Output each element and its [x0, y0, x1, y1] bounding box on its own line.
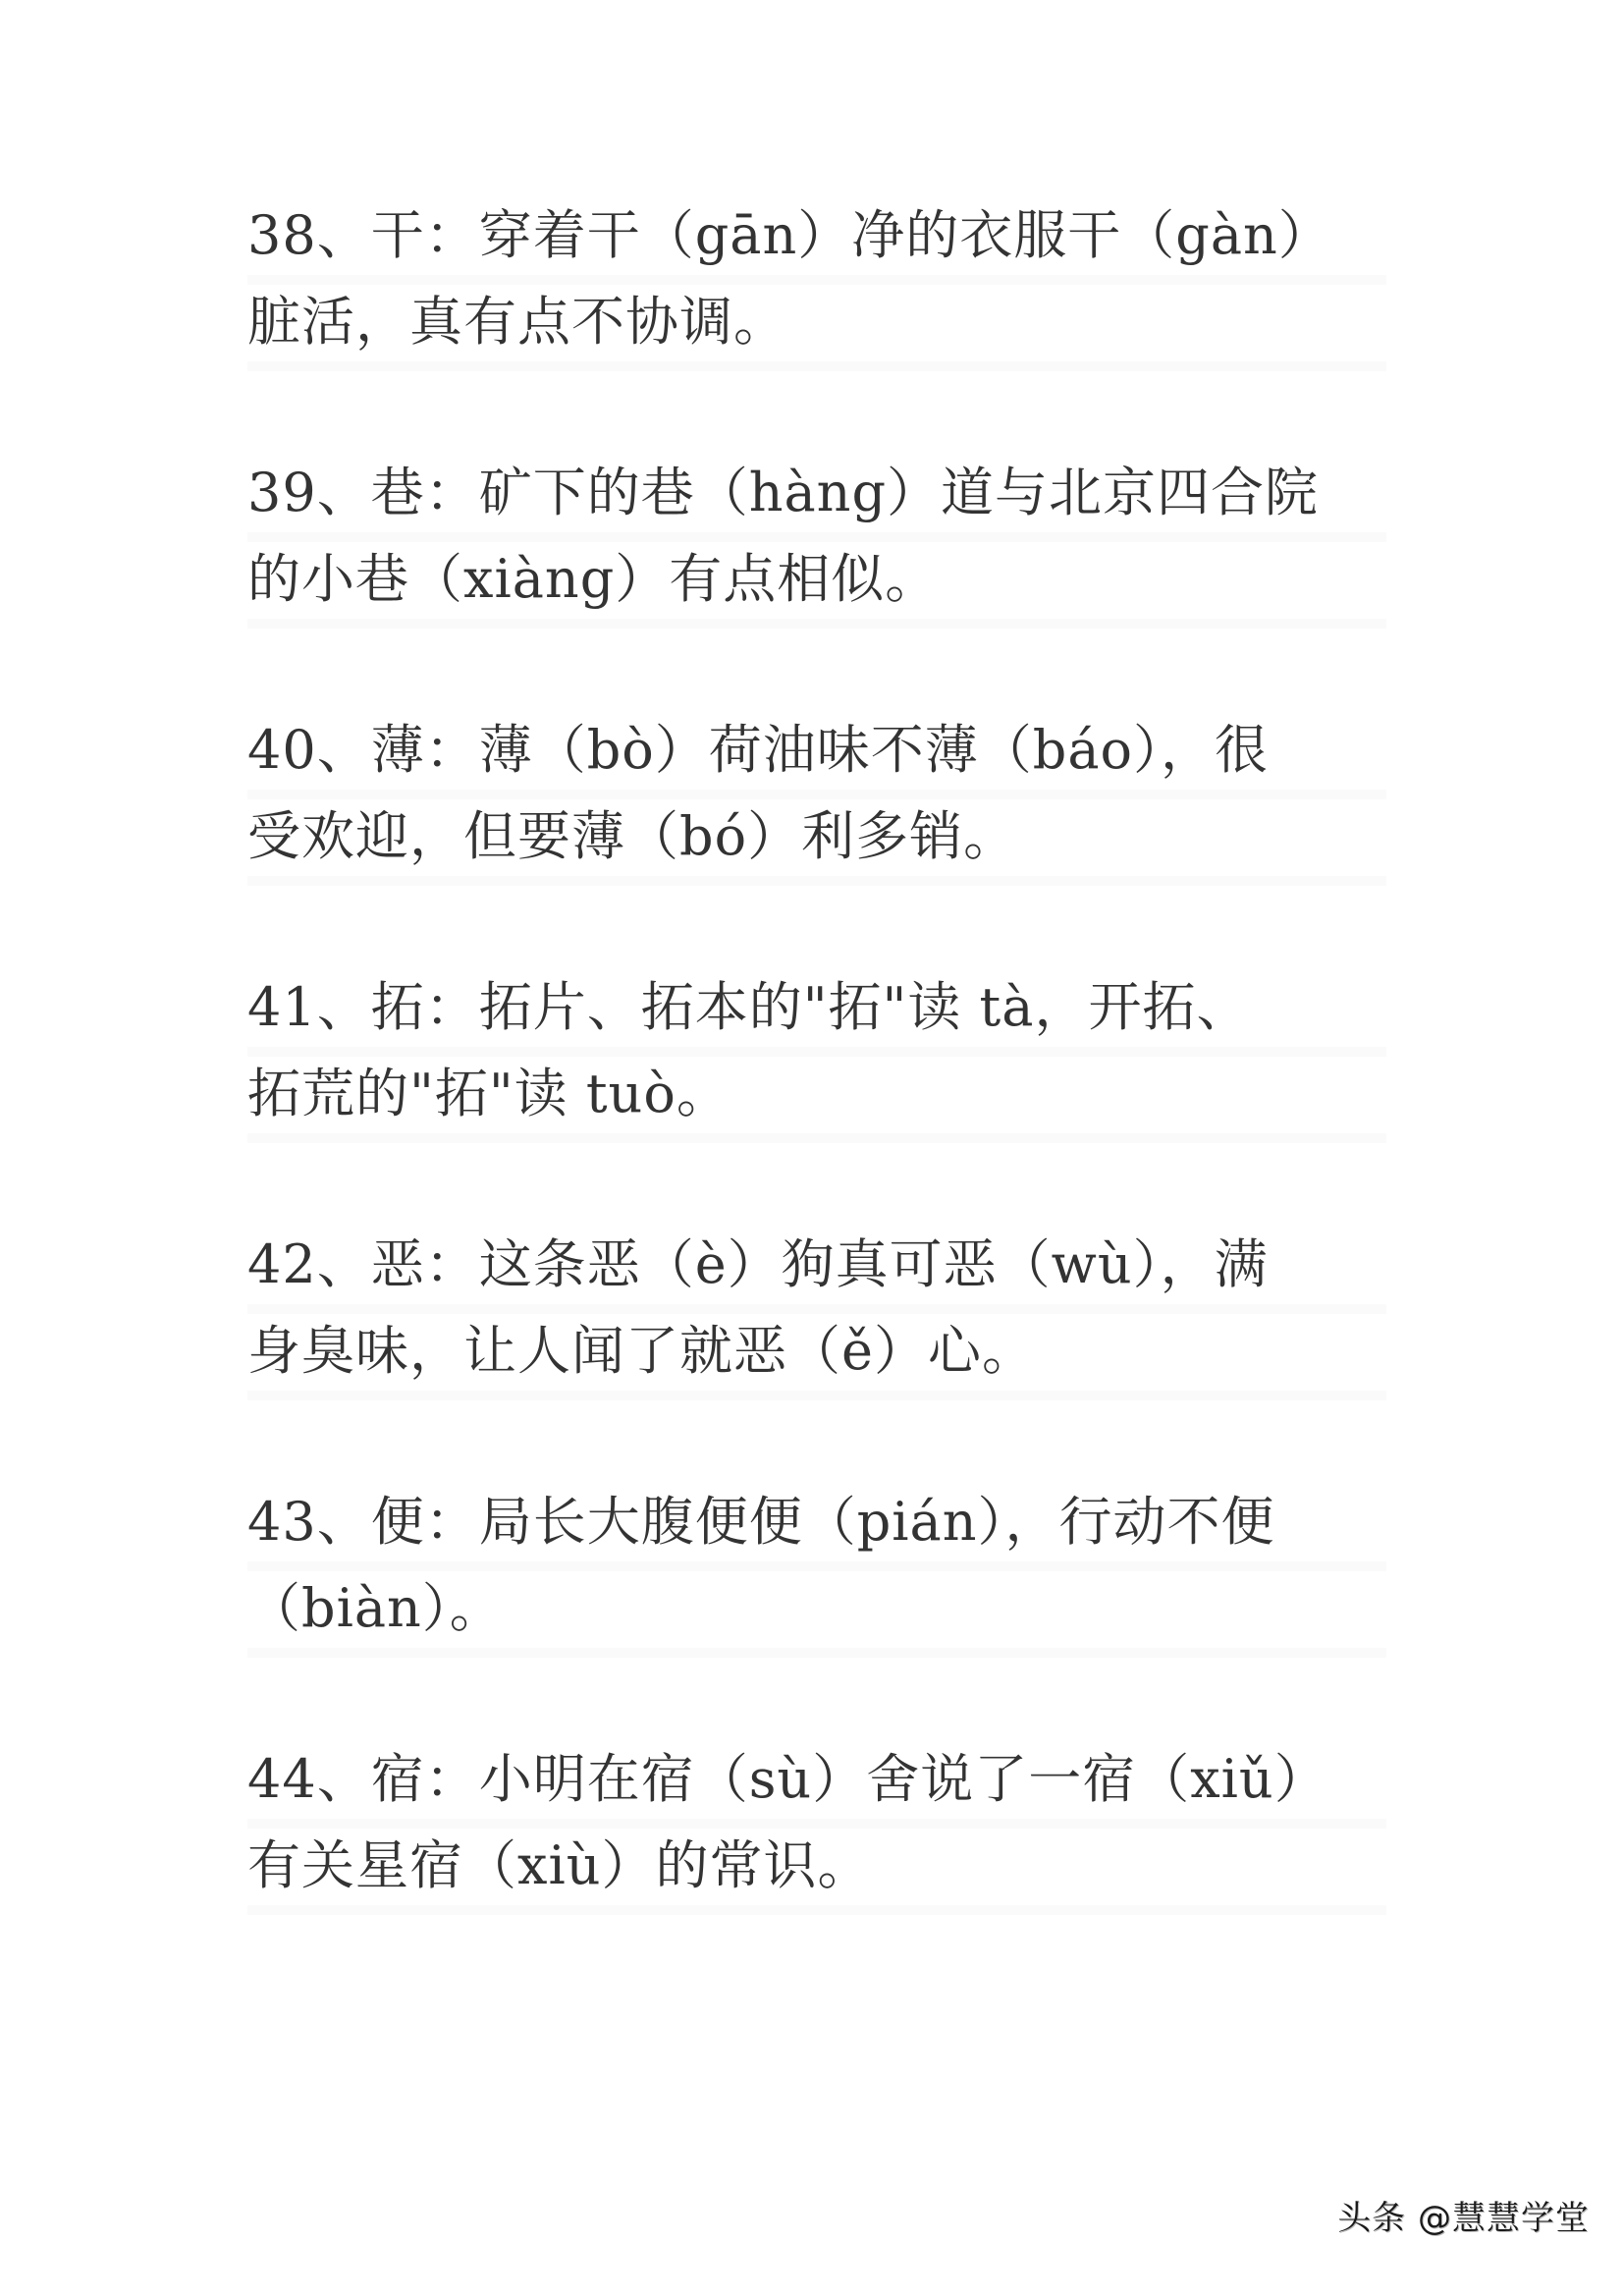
entry-line: 脏活，真有点不协调。 — [247, 279, 1386, 365]
watermark: 头条 @慧慧学堂 — [1337, 2191, 1590, 2239]
entry-line: 有关星宿（xiù）的常识。 — [247, 1823, 1386, 1909]
entry-43: 43、便：局长大腹便便（pián），行动不便 （biàn）。 — [247, 1479, 1386, 1736]
entry-line: 的小巷（xiàng）有点相似。 — [247, 536, 1386, 623]
entry-line: 43、便：局长大腹便便（pián），行动不便 — [247, 1479, 1386, 1565]
entry-line: 42、恶：这条恶（è）狗真可恶（wù），满 — [247, 1222, 1386, 1308]
entry-41: 41、拓：拓片、拓本的"拓"读 tà，开拓、 拓荒的"拓"读 tuò。 — [247, 964, 1386, 1222]
entry-39: 39、巷：矿下的巷（hàng）道与北京四合院 的小巷（xiàng）有点相似。 — [247, 450, 1386, 707]
entry-38: 38、干：穿着干（gān）净的衣服干（gàn） 脏活，真有点不协调。 — [247, 192, 1386, 450]
entry-line: 受欢迎，但要薄（bó）利多销。 — [247, 793, 1386, 880]
entry-line: 41、拓：拓片、拓本的"拓"读 tà，开拓、 — [247, 964, 1386, 1051]
entry-40: 40、薄：薄（bò）荷油味不薄（báo），很 受欢迎，但要薄（bó）利多销。 — [247, 707, 1386, 964]
entry-line: 身臭味，让人闻了就恶（ě）心。 — [247, 1308, 1386, 1394]
entry-line: 40、薄：薄（bò）荷油味不薄（báo），很 — [247, 707, 1386, 793]
entry-line: （biàn）。 — [247, 1565, 1386, 1652]
entry-line: 44、宿：小明在宿（sù）舍说了一宿（xiǔ） — [247, 1736, 1386, 1823]
entry-line: 拓荒的"拓"读 tuò。 — [247, 1051, 1386, 1137]
entry-line: 39、巷：矿下的巷（hàng）道与北京四合院 — [247, 450, 1386, 536]
entry-line: 38、干：穿着干（gān）净的衣服干（gàn） — [247, 192, 1386, 279]
entry-44: 44、宿：小明在宿（sù）舍说了一宿（xiǔ） 有关星宿（xiù）的常识。 — [247, 1736, 1386, 1994]
entry-42: 42、恶：这条恶（è）狗真可恶（wù），满 身臭味，让人闻了就恶（ě）心。 — [247, 1222, 1386, 1479]
document-page: 38、干：穿着干（gān）净的衣服干（gàn） 脏活，真有点不协调。 39、巷：… — [247, 192, 1386, 1994]
